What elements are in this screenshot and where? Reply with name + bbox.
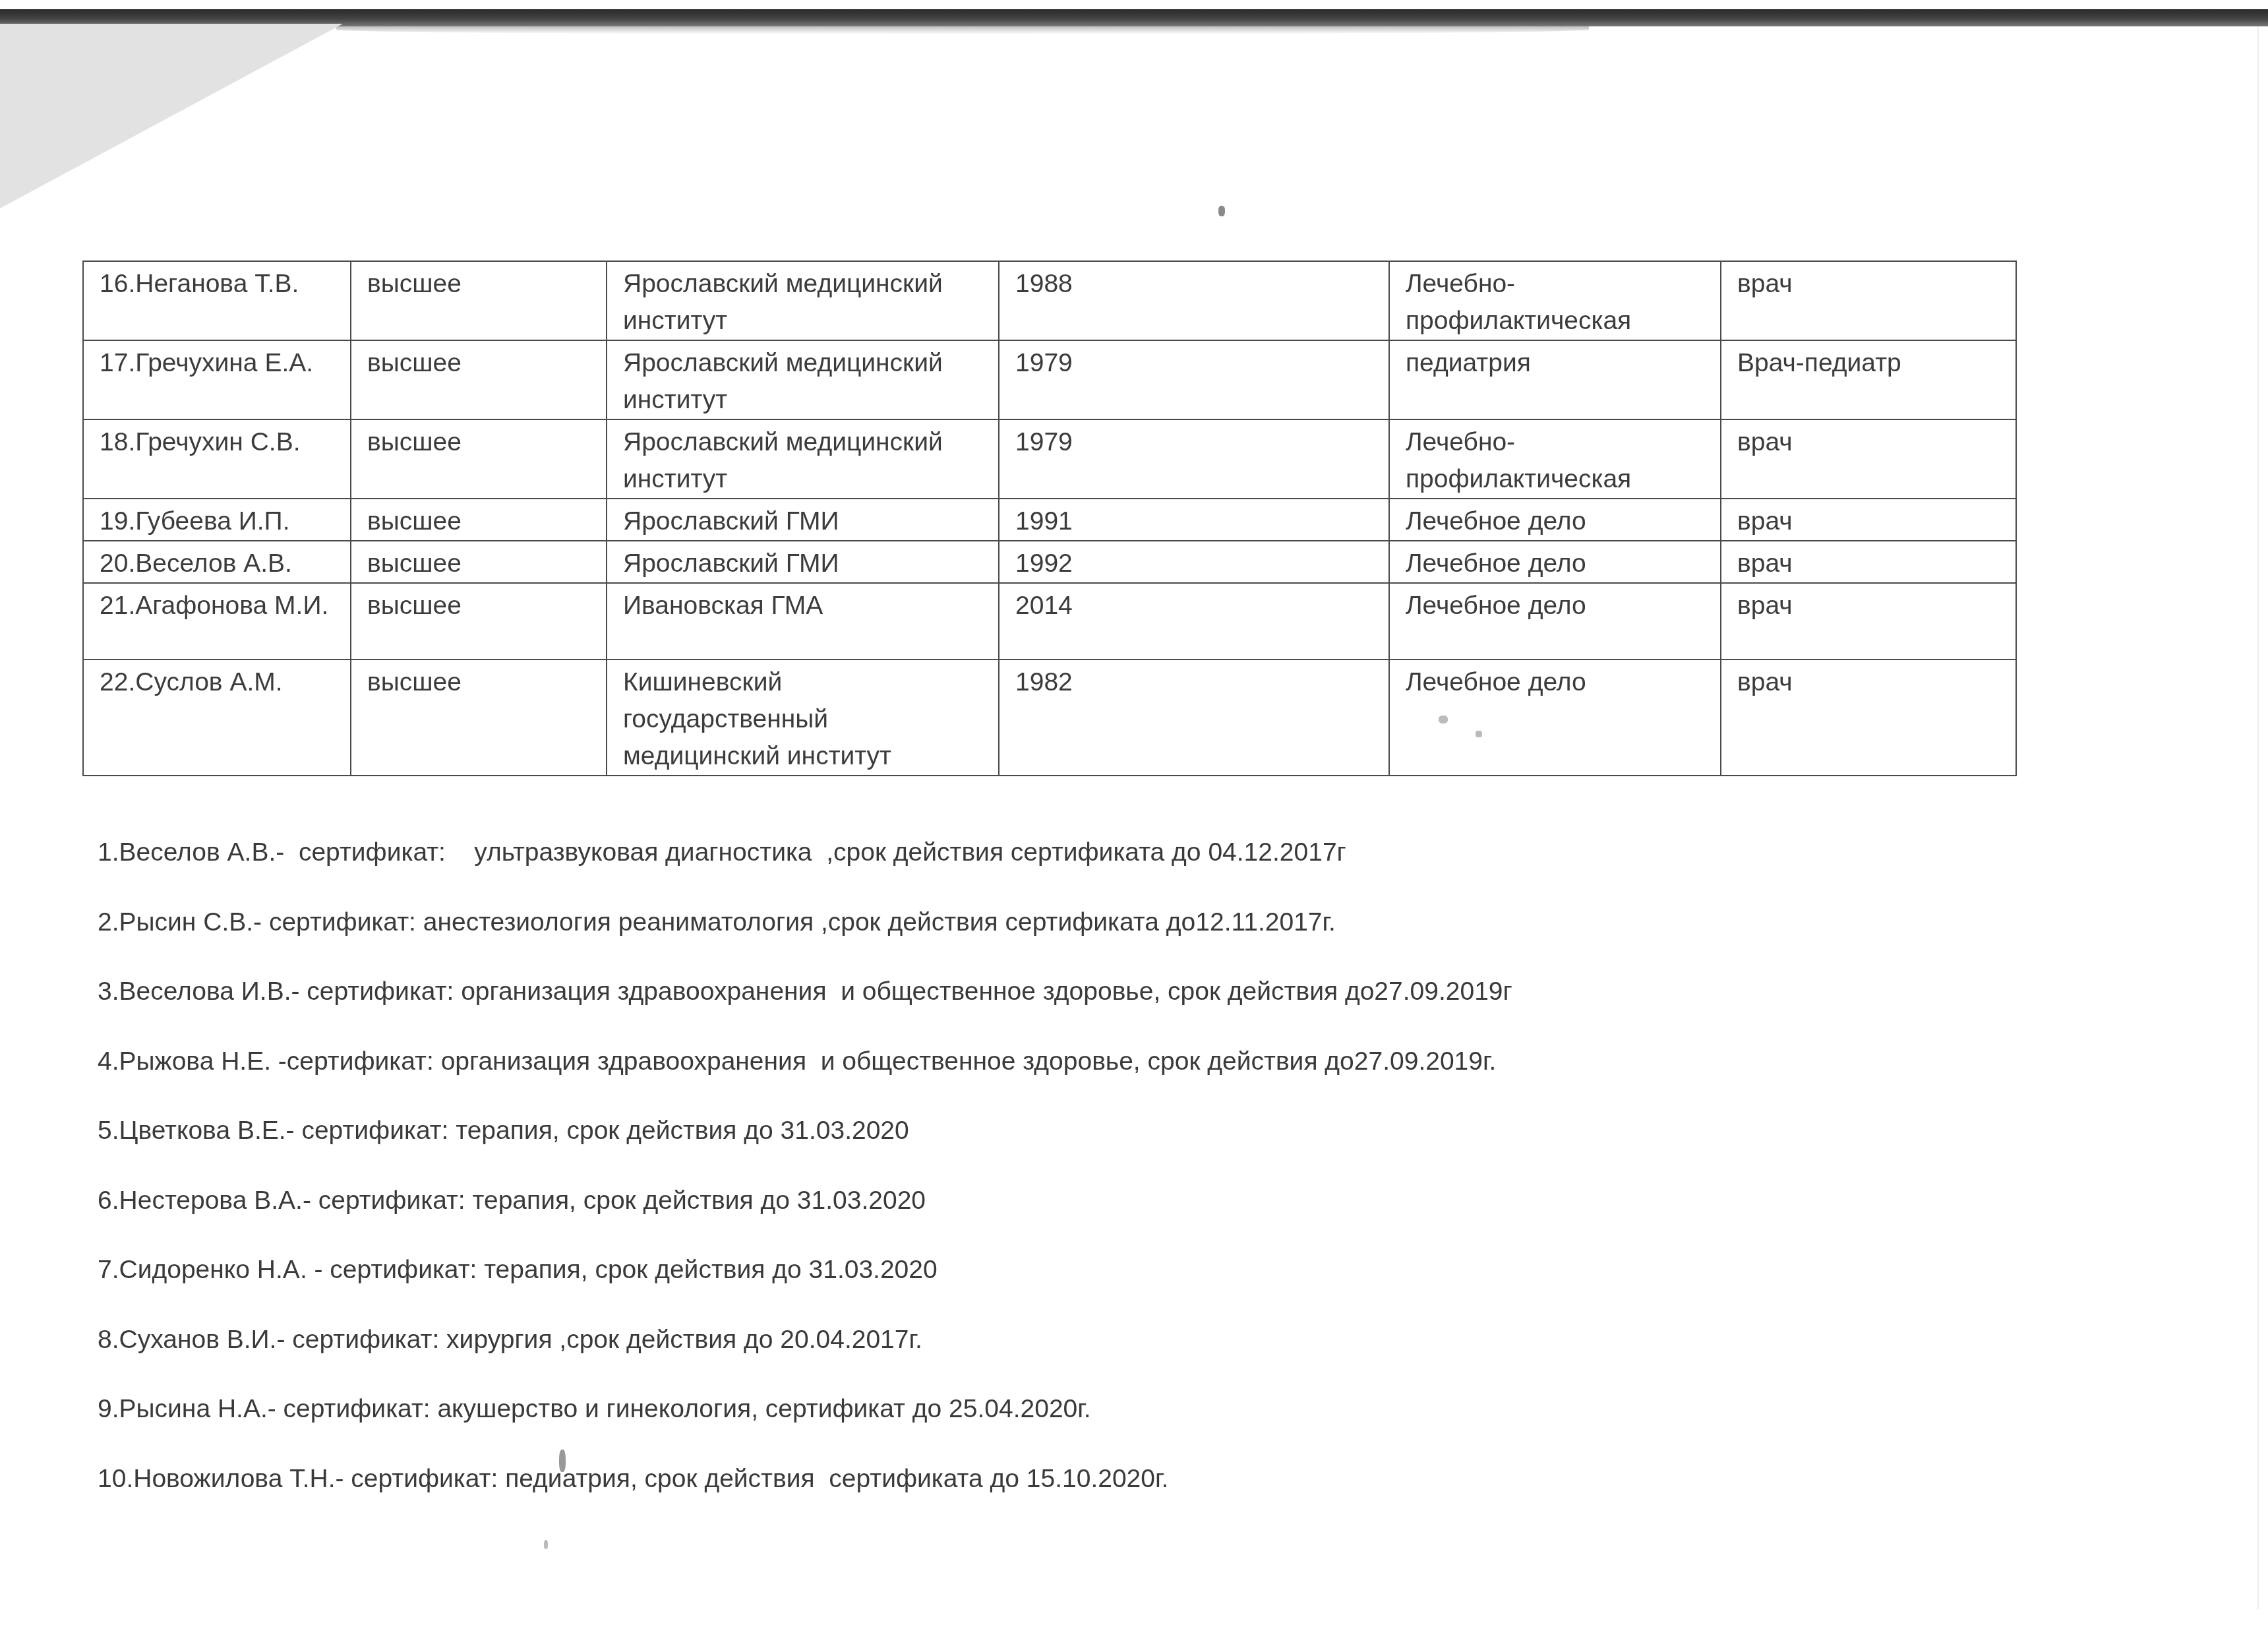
education-cell: высшее <box>351 419 607 499</box>
staff-name-cell: 18.Гречухин С.В. <box>83 419 351 499</box>
graduation-year-cell: 1982 <box>999 659 1389 776</box>
graduation-year-cell: 1979 <box>999 419 1389 499</box>
scan-folded-corner <box>0 24 343 208</box>
certificate-item: 9.Рысина Н.А.- сертификат: акушерство и … <box>98 1374 2075 1444</box>
qualification-cell: врач <box>1721 659 2016 776</box>
graduation-year-cell: 2014 <box>999 583 1389 659</box>
table-row: 22.Суслов А.М. высшее Кишиневский госуда… <box>83 659 2016 776</box>
table-row: 17.Гречухина Е.А. высшее Ярославский мед… <box>83 340 2016 419</box>
staff-name-cell: 17.Гречухина Е.А. <box>83 340 351 419</box>
education-cell: высшее <box>351 583 607 659</box>
scan-speck <box>544 1540 548 1549</box>
education-cell: высшее <box>351 499 607 541</box>
specialty-cell: Лечебное дело <box>1389 499 1721 541</box>
certificate-item: 6.Нестерова В.А.- сертификат: терапия, с… <box>98 1166 2075 1236</box>
table-row: 18.Гречухин С.В. высшее Ярославский меди… <box>83 419 2016 499</box>
staff-name-cell: 20.Веселов А.В. <box>83 541 351 583</box>
certificate-list: 1.Веселов А.В.- сертификат: ультразвуков… <box>98 818 2075 1514</box>
qualification-cell: врач <box>1721 261 2016 340</box>
education-cell: высшее <box>351 541 607 583</box>
table-row: 16.Неганова Т.В. высшее Ярославский меди… <box>83 261 2016 340</box>
institution-cell: Ярославский медицинский институт <box>607 340 999 419</box>
graduation-year-cell: 1991 <box>999 499 1389 541</box>
institution-cell: Ярославский ГМИ <box>607 499 999 541</box>
education-cell: высшее <box>351 659 607 776</box>
institution-cell: Ивановская ГМА <box>607 583 999 659</box>
certificate-item: 4.Рыжова Н.Е. -сертификат: организация з… <box>98 1027 2075 1097</box>
education-cell: высшее <box>351 340 607 419</box>
education-cell: высшее <box>351 261 607 340</box>
certificate-item: 10.Новожилова Т.Н.- сертификат: педиатри… <box>98 1444 2075 1514</box>
specialty-cell: педиатрия <box>1389 340 1721 419</box>
qualification-cell: врач <box>1721 499 2016 541</box>
specialty-cell: Лечебное дело <box>1389 659 1721 776</box>
staff-name-cell: 16.Неганова Т.В. <box>83 261 351 340</box>
specialty-cell: Лечебное дело <box>1389 541 1721 583</box>
qualification-cell: Врач-педиатр <box>1721 340 2016 419</box>
scan-page-edge <box>2257 26 2259 1609</box>
specialty-cell: Лечебное дело <box>1389 583 1721 659</box>
certificate-item: 2.Рысин С.В.- сертификат: анестезиология… <box>98 888 2075 958</box>
certificate-item: 5.Цветкова В.Е.- сертификат: терапия, ср… <box>98 1096 2075 1166</box>
certificate-item: 1.Веселов А.В.- сертификат: ультразвуков… <box>98 818 2075 888</box>
institution-cell: Ярославский медицинский институт <box>607 261 999 340</box>
qualification-cell: врач <box>1721 419 2016 499</box>
certificate-item: 8.Суханов В.И.- сертификат: хирургия ,ср… <box>98 1305 2075 1375</box>
staff-name-cell: 21.Агафонова М.И. <box>83 583 351 659</box>
institution-cell: Ярославский ГМИ <box>607 541 999 583</box>
staff-name-cell: 19.Губеева И.П. <box>83 499 351 541</box>
table-row: 21.Агафонова М.И. высшее Ивановская ГМА … <box>83 583 2016 659</box>
staff-education-table: 16.Неганова Т.В. высшее Ярославский меди… <box>82 261 2017 776</box>
table-row: 19.Губеева И.П. высшее Ярославский ГМИ 1… <box>83 499 2016 541</box>
staff-name-cell: 22.Суслов А.М. <box>83 659 351 776</box>
graduation-year-cell: 1992 <box>999 541 1389 583</box>
graduation-year-cell: 1979 <box>999 340 1389 419</box>
qualification-cell: врач <box>1721 541 2016 583</box>
table-row: 20.Веселов А.В. высшее Ярославский ГМИ 1… <box>83 541 2016 583</box>
qualification-cell: врач <box>1721 583 2016 659</box>
certificate-item: 7.Сидоренко Н.А. - сертификат: терапия, … <box>98 1235 2075 1305</box>
institution-cell: Кишиневский государственный медицинский … <box>607 659 999 776</box>
certificate-item: 3.Веселова И.В.- сертификат: организация… <box>98 957 2075 1027</box>
specialty-cell: Лечебно-профилактическая <box>1389 419 1721 499</box>
graduation-year-cell: 1988 <box>999 261 1389 340</box>
institution-cell: Ярославский медицинский институт <box>607 419 999 499</box>
scan-speck <box>1218 206 1225 216</box>
specialty-cell: Лечебно-профилактическая <box>1389 261 1721 340</box>
scan-shadow <box>336 25 1589 34</box>
